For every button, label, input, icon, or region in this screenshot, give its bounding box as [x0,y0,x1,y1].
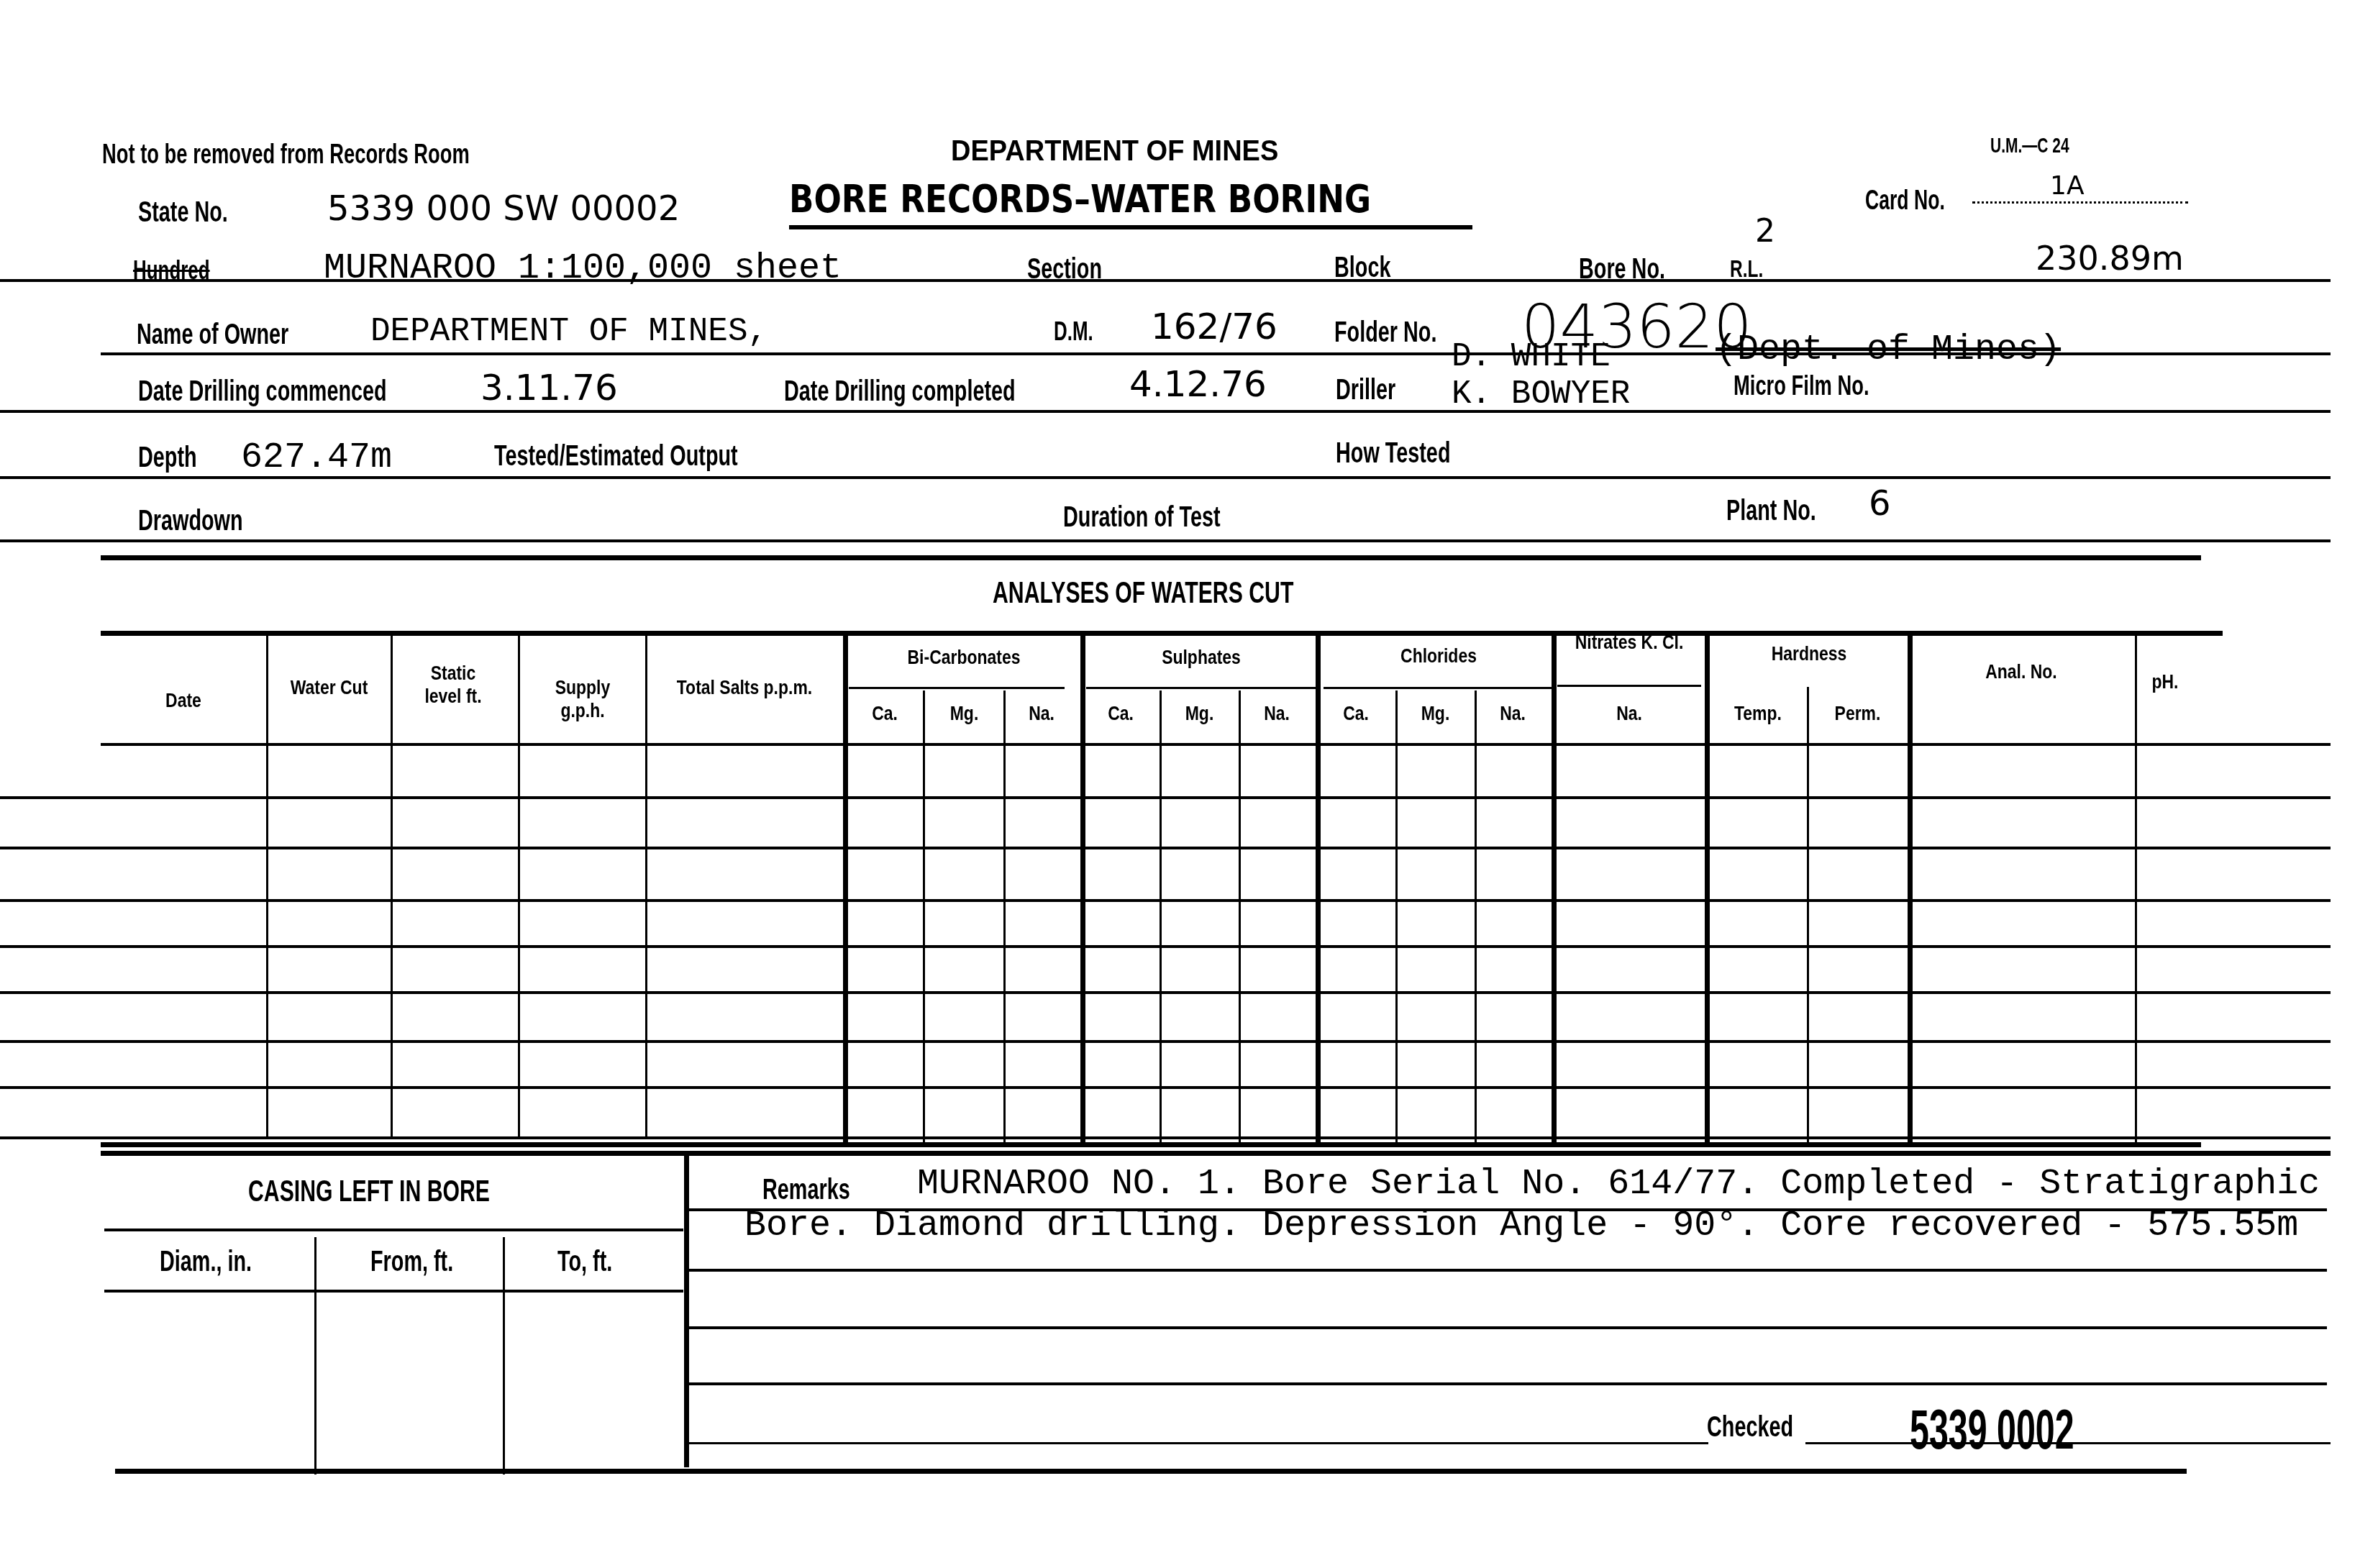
col-divider [1908,633,1913,1144]
remarks-line-2[interactable]: Bore. Diamond drilling. Depression Angle… [744,1205,2298,1246]
casing-to-label: To, ft. [557,1246,612,1278]
table-header-bottom [101,743,2331,746]
col-header-sulph-ca: Ca. [1091,702,1150,725]
form-bottom-border [115,1469,2187,1474]
plant-no-value[interactable]: 6 [1869,483,1891,524]
records-room-notice: Not to be removed from Records Room [102,140,470,170]
col-divider [1160,690,1162,1144]
col-divider [1807,687,1809,1144]
col-header-ph: pH. [2141,670,2189,693]
duration-label: Duration of Test [1063,501,1221,534]
col-header-hardness-temp: Temp. [1719,702,1797,725]
owner-label: Name of Owner [137,319,288,351]
divider-line [0,476,2331,479]
depth-value[interactable]: 627.47m [241,437,392,478]
section-divider [101,1151,2331,1156]
col-divider [645,633,647,1136]
subheader-line [1557,685,1701,687]
page-title: BORE RECORDS–WATER BORING [789,176,1371,222]
col-divider [923,690,925,1144]
dm-value[interactable]: 162/76 [1151,306,1277,347]
col-header-hardness: Hardness [1729,642,1888,665]
col-divider [1316,633,1321,1144]
folder-no-label: Folder No. [1334,316,1436,349]
owner-value[interactable]: DEPARTMENT OF MINES, [370,313,767,350]
divider-line [0,539,2331,542]
dm-label: D.M. [1054,316,1093,347]
title-underline [789,225,1472,229]
table-row[interactable] [0,1086,2331,1089]
card-no-value: 1A [2050,171,2085,201]
col-header-nitrates-na: Na. [1570,702,1688,725]
col-divider [266,633,268,1136]
col-divider [843,633,848,1144]
col-header-sulph-mg: Mg. [1168,702,1230,725]
subheader-line [849,687,1065,689]
table-row[interactable] [0,796,2331,799]
section-divider [101,555,2201,560]
col-header-chlor-ca: Ca. [1326,702,1385,725]
casing-column-line [104,1290,683,1293]
col-divider [1003,690,1006,1144]
col-divider [1239,690,1241,1144]
col-header-chlor-mg: Mg. [1404,702,1466,725]
col-divider [1080,633,1085,1144]
driller-label: Driller [1336,374,1395,406]
drawdown-label: Drawdown [138,505,243,537]
remarks-line [687,1269,2327,1272]
table-row[interactable] [0,899,2331,902]
form-code: U.M.—C 24 [1990,134,2069,158]
col-header-static-level: Static level ft. [412,662,495,708]
state-no-label: State No. [138,196,228,229]
col-header-bicarb-mg: Mg. [933,702,995,725]
table-row[interactable] [0,991,2331,994]
casing-remarks-divider [684,1151,689,1467]
analyses-title: ANALYSES OF WATERS CUT [993,575,1293,610]
date-commenced-label: Date Drilling commenced [138,375,387,408]
remarks-label: Remarks [762,1174,850,1206]
table-row[interactable] [0,1040,2331,1043]
department-heading: DEPARTMENT OF MINES [951,135,1278,168]
card-no-field[interactable] [1972,201,2188,204]
col-header-date: Date [145,689,222,712]
col-header-anal-no: Anal. No. [1980,660,2063,683]
col-header-supply: Supply g.p.h. [539,676,627,722]
depth-label: Depth [138,442,197,474]
col-header-chlorides: Chlorides [1344,644,1533,667]
how-tested-label: How Tested [1336,437,1450,470]
checked-label: Checked [1707,1411,1793,1444]
state-no-value[interactable]: 5339 000 SW 00002 [327,188,680,229]
col-header-bicarb-na: Na. [1012,702,1071,725]
col-header-sulphates: Sulphates [1107,646,1295,669]
divider-line [101,352,2331,355]
table-top-border [101,631,2223,636]
casing-title: CASING LEFT IN BORE [248,1174,490,1208]
date-completed-label: Date Drilling completed [784,375,1016,408]
table-row[interactable] [0,1136,2331,1139]
driller-value-2[interactable]: K. BOWYER [1452,375,1630,413]
table-bottom-border [101,1142,2201,1147]
owner-continued: (Dept. of Mines) [1716,329,2061,370]
col-header-bicarb-ca: Ca. [855,702,914,725]
table-row[interactable] [0,945,2331,948]
col-header-nitrates: Nitrates K. Cl. [1570,632,1688,653]
card-no-label: Card No. [1865,186,1945,216]
rl-value[interactable]: 230.89m [2036,239,2184,278]
col-header-hardness-perm: Perm. [1818,702,1898,725]
casing-entry-area[interactable] [104,1295,680,1467]
hundred-value[interactable]: MURNAROO 1:100,000 sheet [324,248,842,289]
date-commenced-value[interactable]: 3.11.76 [480,367,618,409]
col-header-bicarbonates: Bi-Carbonates [870,646,1058,669]
date-completed-value[interactable]: 4.12.76 [1129,363,1267,405]
table-row[interactable] [0,847,2331,849]
microfilm-label: Micro Film No. [1734,371,1869,402]
col-divider [1475,690,1477,1144]
col-divider [1552,633,1557,1144]
output-label: Tested/Estimated Output [494,440,738,473]
col-header-total-salts: Total Salts p.p.m. [671,676,819,699]
remarks-line-1[interactable]: MURNAROO NO. 1. Bore Serial No. 614/77. … [917,1164,2320,1205]
casing-header-line [104,1229,683,1231]
casing-from-label: From, ft. [370,1246,453,1278]
divider-line [0,410,2331,413]
subheader-line [1324,687,1554,689]
col-divider [2135,633,2137,1144]
subheader-line [1086,687,1316,689]
plant-no-label: Plant No. [1726,495,1816,527]
col-divider [1705,633,1710,1144]
col-header-water-cut: Water Cut [283,676,375,699]
remarks-line [687,1326,2327,1329]
col-header-chlor-na: Na. [1483,702,1542,725]
remarks-line [687,1382,2327,1385]
col-divider [518,633,520,1136]
checked-value[interactable]: 5339 0002 [1910,1397,2074,1462]
checked-line [687,1442,1708,1444]
driller-value-1[interactable]: D. WHITE [1452,338,1611,375]
casing-diam-label: Diam., in. [160,1246,252,1278]
col-divider [1395,690,1398,1144]
divider-line [0,279,2331,282]
col-divider [391,633,393,1136]
col-header-sulph-na: Na. [1247,702,1306,725]
bore-no-value[interactable]: 2 [1755,213,1775,250]
